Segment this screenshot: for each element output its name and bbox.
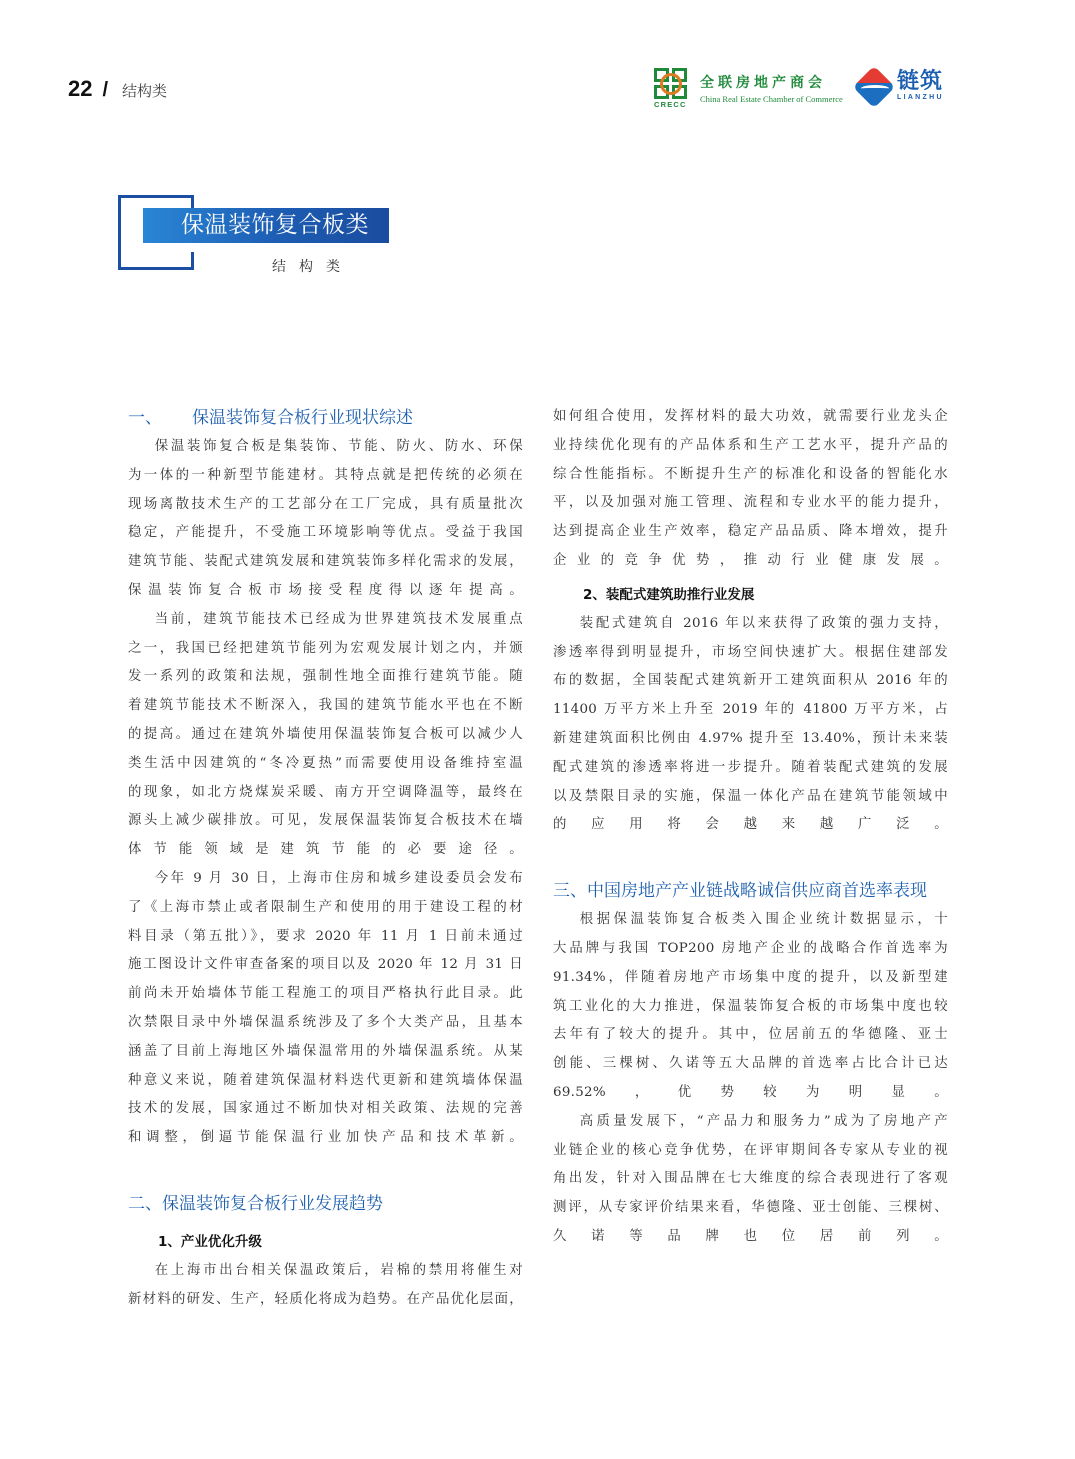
paragraph: 装配式建筑自 2016 年以来获得了政策的强力支持， 渗透率得到明显提升，市场空… xyxy=(553,610,948,840)
text-line: 新材料的研发、生产，轻质化将成为趋势。在产品优化层面， xyxy=(128,1286,523,1315)
text-line: 体节能领域是建筑节能的必要途径。 xyxy=(128,836,523,865)
text-line: 为一体的一种新型节能建材。其特点就是把传统的必须在 xyxy=(128,462,523,491)
paragraph: 根据保温装饰复合板类入围企业统计数据显示，十 大品牌与我国 TOP200 房地产… xyxy=(553,906,948,1108)
paragraph: 在上海市出台相关保温政策后，岩棉的禁用将催生对 新材料的研发、生产，轻质化将成为… xyxy=(128,1257,523,1315)
paragraph: 高质量发展下，“产品力和服务力”成为了房地产产 业链企业的核心竞争优势，在评审期… xyxy=(553,1108,948,1252)
paragraph: 保温装饰复合板是集装饰、节能、防火、防水、环保 为一体的一种新型节能建材。其特点… xyxy=(128,433,523,606)
section-3-heading: 三、中国房地产产业链战略诚信供应商首选率表现 xyxy=(553,876,948,906)
text-line: 达到提高企业生产效率，稳定产品品质、降本增效，提升 xyxy=(553,518,948,547)
text-line: 涵盖了目前上海地区外墙保温常用的外墙保温系统。从某 xyxy=(128,1038,523,1067)
title-frame-gap xyxy=(190,242,198,252)
right-column: 如何组合使用，发挥材料的最大功效，就需要行业龙头企 业持续优化现有的产品体系和生… xyxy=(553,403,948,1252)
header-category: 结构类 xyxy=(122,80,167,101)
lianzhu-name-cn: 链筑 xyxy=(897,70,944,94)
text-line: 筑工业化的大力推进，保温装饰复合板的市场集中度也较 xyxy=(553,993,948,1022)
text-line: 企业的竞争优势，推动行业健康发展。 xyxy=(553,547,948,576)
text-line: 施工图设计文件审查备案的项目以及 2020 年 12 月 31 日 xyxy=(128,951,523,980)
text-line: 前尚未开始墙体节能工程施工的项目严格执行此目录。此 xyxy=(128,980,523,1009)
text-line: 久诺等品牌也位居前列。 xyxy=(553,1223,948,1252)
header-separator: / xyxy=(102,79,108,102)
text-line: 的提高。通过在建筑外墙使用保温装饰复合板可以减少人 xyxy=(128,721,523,750)
section-2-heading: 二、保温装饰复合板行业发展趋势 xyxy=(128,1189,523,1219)
text-line: 创能、三棵树、久诺等五大品牌的首选率占比合计已达 xyxy=(553,1050,948,1079)
left-column: 一、保温装饰复合板行业现状综述 保温装饰复合板是集装饰、节能、防火、防水、环保 … xyxy=(128,403,523,1315)
page-title: 保温装饰复合板类 xyxy=(181,208,369,243)
text-line: 渗透率得到明显提升，市场空间快速扩大。根据住建部发 xyxy=(553,639,948,668)
crecc-name-en: China Real Estate Chamber of Commerce xyxy=(700,94,843,104)
text-line: 了《上海市禁止或者限制生产和使用的用于建设工程的材 xyxy=(128,894,523,923)
page-number: 22 xyxy=(68,76,92,102)
crecc-name-cn: 全联房地产商会 xyxy=(700,72,843,92)
text-line: 平，以及加强对施工管理、流程和专业水平的能力提升， xyxy=(553,489,948,518)
text-line: 技术的发展，国家通过不断加快对相关政策、法规的完善 xyxy=(128,1095,523,1124)
page-subtitle: 结构类 xyxy=(272,256,353,276)
text-line: 和调整，倒逼节能保温行业加快产品和技术革新。 xyxy=(128,1124,523,1153)
text-line: 今年 9 月 30 日，上海市住房和城乡建设委员会发布 xyxy=(128,865,523,894)
lianzhu-name-en: LIANZHU xyxy=(897,94,944,101)
subsection-2-heading: 2、装配式建筑助推行业发展 xyxy=(553,580,948,610)
section-1-number: 一、 xyxy=(128,403,192,433)
text-line: 根据保温装饰复合板类入围企业统计数据显示，十 xyxy=(553,906,948,935)
text-line: 建筑节能、装配式建筑发展和建筑装饰多样化需求的发展， xyxy=(128,548,523,577)
page-header: 22 / 结构类 xyxy=(68,76,167,102)
text-line: 种意义来说，随着建筑保温材料迭代更新和建筑墙体保温 xyxy=(128,1067,523,1096)
text-line: 91.34%，伴随着房地产市场集中度的提升，以及新型建 xyxy=(553,964,948,993)
text-line: 的现象，如北方烧煤炭采暖、南方开空调降温等，最终在 xyxy=(128,779,523,808)
text-line: 着建筑节能技术不断深入，我国的建筑节能水平也在不断 xyxy=(128,692,523,721)
text-line: 如何组合使用，发挥材料的最大功效，就需要行业龙头企 xyxy=(553,403,948,432)
text-line: 次禁限目录中外墙保温系统涉及了多个大类产品，且基本 xyxy=(128,1009,523,1038)
lianzhu-logo-icon xyxy=(855,68,895,108)
text-line: 类生活中因建筑的“冬冷夏热”而需要使用设备维持室温 xyxy=(128,750,523,779)
text-line: 新建建筑面积比例由 4.97% 提升至 13.40%，预计未来装 xyxy=(553,725,948,754)
text-line: 配式建筑的渗透率将进一步提升。随着装配式建筑的发展 xyxy=(553,754,948,783)
section-1-heading: 一、保温装饰复合板行业现状综述 xyxy=(128,403,523,433)
paragraph: 今年 9 月 30 日，上海市住房和城乡建设委员会发布 了《上海市禁止或者限制生… xyxy=(128,865,523,1153)
crecc-abbr: CRECC xyxy=(654,100,687,109)
text-line: 的应用将会越来越广泛。 xyxy=(553,811,948,840)
paragraph: 如何组合使用，发挥材料的最大功效，就需要行业龙头企 业持续优化现有的产品体系和生… xyxy=(553,403,948,576)
text-line: 发一系列的政策和法规，强制性地全面推行建筑节能。随 xyxy=(128,663,523,692)
text-line: 稳定，产能提升，不受施工环境影响等优点。受益于我国 xyxy=(128,519,523,548)
text-line: 业链企业的核心竞争优势，在评审期间各专家从专业的视 xyxy=(553,1137,948,1166)
text-line: 去年有了较大的提升。其中，位居前五的华德隆、亚士 xyxy=(553,1021,948,1050)
text-line: 综合性能指标。不断提升生产的标准化和设备的智能化水 xyxy=(553,461,948,490)
text-line: 保温装饰复合板市场接受程度得以逐年提高。 xyxy=(128,577,523,606)
text-line: 角出发，针对入围品牌在七大维度的综合表现进行了客观 xyxy=(553,1165,948,1194)
text-line: 大品牌与我国 TOP200 房地产企业的战略合作首选率为 xyxy=(553,935,948,964)
text-line: 以及禁限目录的实施，保温一体化产品在建筑节能领域中 xyxy=(553,783,948,812)
text-line: 当前，建筑节能技术已经成为世界建筑技术发展重点 xyxy=(128,606,523,635)
text-line: 11400 万平方米上升至 2019 年的 41800 万平方米，占 xyxy=(553,696,948,725)
text-line: 之一，我国已经把建筑节能列为宏观发展计划之内，并颁 xyxy=(128,635,523,664)
text-line: 业持续优化现有的产品体系和生产工艺水平，提升产品的 xyxy=(553,432,948,461)
crecc-name: 全联房地产商会 China Real Estate Chamber of Com… xyxy=(700,72,843,104)
text-line: 源头上减少碳排放。可见，发展保温装饰复合板技术在墙 xyxy=(128,807,523,836)
text-line: 布的数据，全国装配式建筑新开工建筑面积从 2016 年的 xyxy=(553,667,948,696)
section-1-title: 保温装饰复合板行业现状综述 xyxy=(192,408,413,428)
text-line: 在上海市出台相关保温政策后，岩棉的禁用将催生对 xyxy=(128,1257,523,1286)
text-line: 测评，从专家评价结果来看，华德隆、亚士创能、三棵树、 xyxy=(553,1194,948,1223)
text-line: 高质量发展下，“产品力和服务力”成为了房地产产 xyxy=(553,1108,948,1137)
paragraph: 当前，建筑节能技术已经成为世界建筑技术发展重点 之一，我国已经把建筑节能列为宏观… xyxy=(128,606,523,865)
lianzhu-name: 链筑 LIANZHU xyxy=(897,70,944,101)
crecc-logo-icon: CRECC xyxy=(654,68,688,108)
subsection-1-heading: 1、产业优化升级 xyxy=(128,1227,523,1257)
text-line: 装配式建筑自 2016 年以来获得了政策的强力支持， xyxy=(553,610,948,639)
text-line: 现场离散技术生产的工艺部分在工厂完成，具有质量批次 xyxy=(128,491,523,520)
text-line: 料目录（第五批）》，要求 2020 年 11 月 1 日前未通过 xyxy=(128,923,523,952)
text-line: 69.52%，优势较为明显。 xyxy=(553,1079,948,1108)
text-line: 保温装饰复合板是集装饰、节能、防火、防水、环保 xyxy=(128,433,523,462)
